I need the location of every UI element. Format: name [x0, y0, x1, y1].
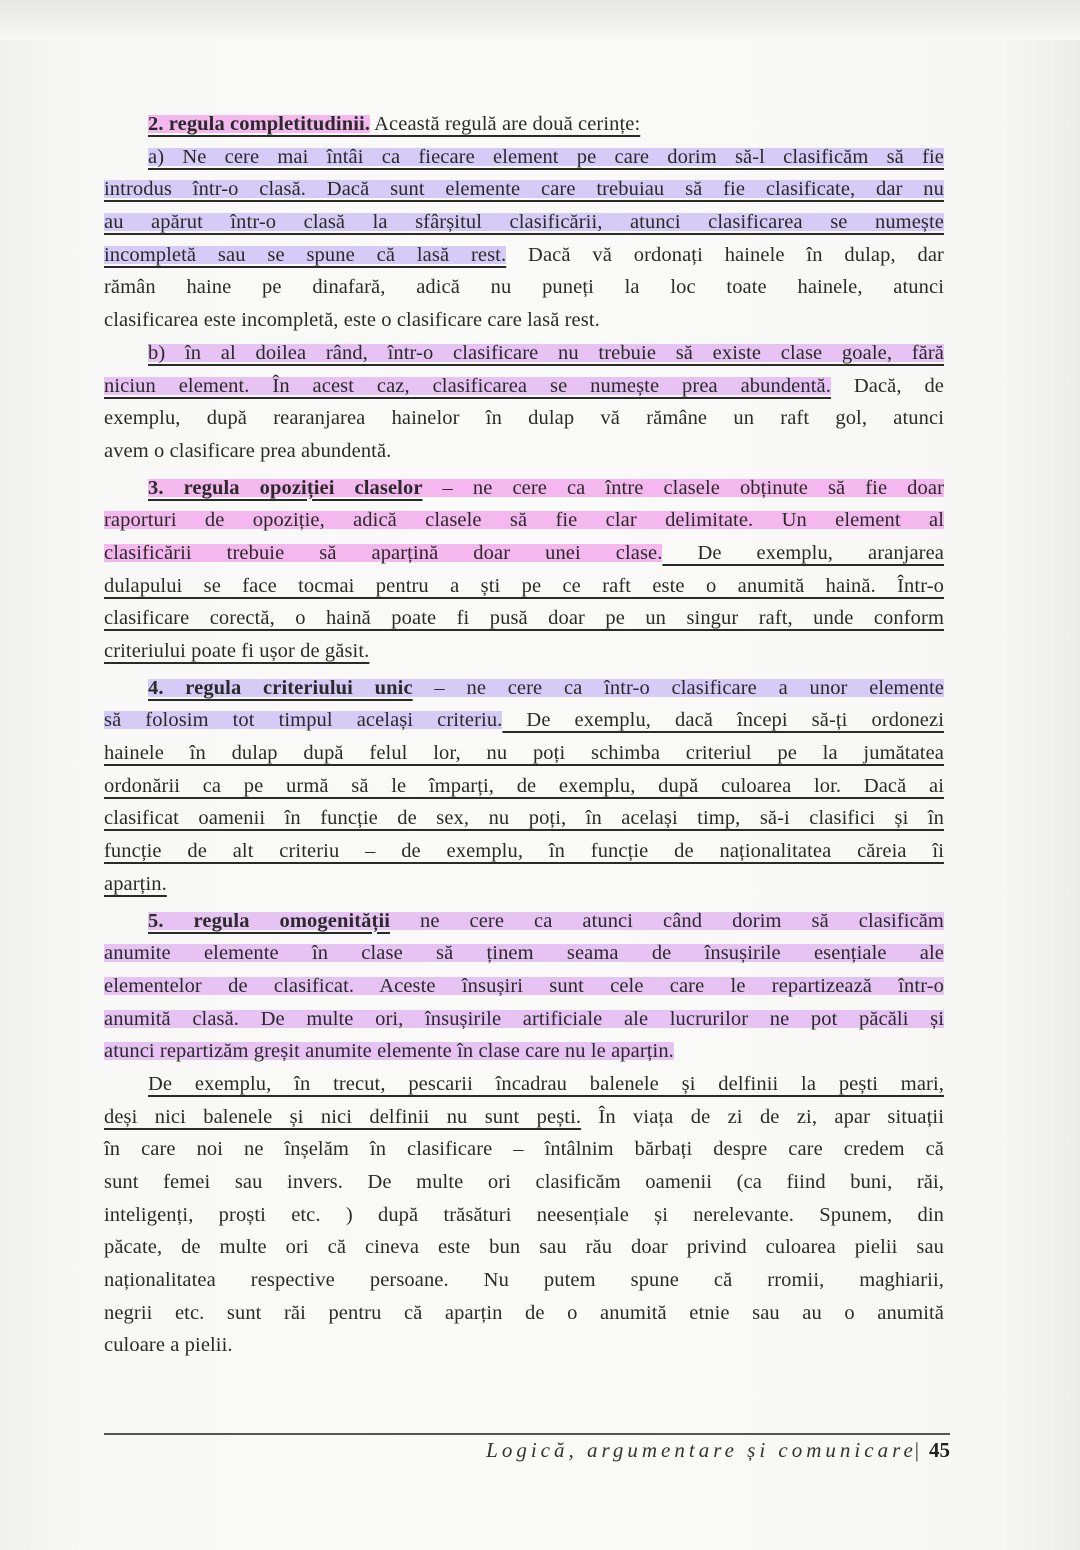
text-line: introdus într-o clasă. Dacă sunt element… — [104, 173, 944, 206]
text-line: atunci repartizăm greșit anumite element… — [104, 1035, 944, 1068]
text-line: ordonării ca pe urmă să le împarți, de e… — [104, 770, 944, 803]
text-line: clasificat oamenii în funcție de sex, nu… — [104, 802, 944, 835]
rule2-heading-line: 2. regula completitudinii. Această regul… — [104, 108, 944, 141]
text-line: în care noi ne înșelăm în clasificare – … — [104, 1133, 944, 1166]
text-line: clasificării trebuie să aparțină doar un… — [104, 537, 944, 570]
text-line: incompletă sau se spune că lasă rest. Da… — [104, 239, 944, 272]
text-line: deși nici balenele și nici delfinii nu s… — [104, 1101, 944, 1134]
text-line: hainele în dulap după felul lor, nu poți… — [104, 737, 944, 770]
text-line: aparțin. — [104, 868, 944, 901]
text-line: sunt femei sau invers. De multe ori clas… — [104, 1166, 944, 1199]
page-number: 45 — [929, 1438, 950, 1462]
text-line: naționalitatea respective persoane. Nu p… — [104, 1264, 944, 1297]
text-line: rămân haine pe dinafară, adică nu puneți… — [104, 271, 944, 304]
rule4-title: 4. regula criteriului unic — [148, 677, 413, 699]
rule2-title: 2. regula completitudinii. — [148, 113, 370, 135]
rule5-heading-line: 5. regula omogenității ne cere ca atunci… — [104, 905, 944, 938]
text-line: negrii etc. sunt răi pentru că aparțin d… — [104, 1297, 944, 1330]
text-line: elementelor de clasificat. Aceste însuși… — [104, 970, 944, 1003]
footer-divider — [104, 1433, 950, 1435]
footer-separator: | — [915, 1438, 919, 1462]
text-line: criteriului poate fi ușor de găsit. — [104, 635, 944, 668]
text-line: b) în al doilea rând, într-o clasificare… — [104, 337, 944, 370]
text-line: culoare a pielii. — [104, 1329, 944, 1362]
rule4-heading-line: 4. regula criteriului unic – ne cere ca … — [104, 672, 944, 705]
text-line: dulapului se face tocmai pentru a ști pe… — [104, 570, 944, 603]
text-line: raporturi de opoziție, adică clasele să … — [104, 504, 944, 537]
page-body: 2. regula completitudinii. Această regul… — [104, 108, 944, 1362]
text-line: anumită clasă. De multe ori, însușirile … — [104, 1003, 944, 1036]
rule2-intro: Această regulă are două cerințe: — [370, 113, 640, 135]
page-footer: Logică, argumentare și comunicare|45 — [486, 1438, 950, 1463]
book-title: Logică, argumentare și comunicare — [486, 1438, 917, 1462]
text-line: clasificarea este incompletă, este o cla… — [104, 304, 944, 337]
text-line: păcate, de multe ori că cineva este bun … — [104, 1231, 944, 1264]
page-shadow — [0, 0, 1080, 40]
text-line: avem o clasificare prea abundentă. — [104, 435, 944, 468]
text-line: funcție de alt criteriu – de exemplu, în… — [104, 835, 944, 868]
text-line: au apărut într-o clasă la sfârșitul clas… — [104, 206, 944, 239]
text-line: inteligenți, proști etc. ) după trăsătur… — [104, 1199, 944, 1232]
text-line: exemplu, după rearanjarea hainelor în du… — [104, 402, 944, 435]
text-line: niciun element. În acest caz, clasificar… — [104, 370, 944, 403]
rule3-title: 3. regula opoziției claselor — [148, 477, 423, 499]
text-line: De exemplu, în trecut, pescarii încadrau… — [104, 1068, 944, 1101]
text-line: să folosim tot timpul același criteriu. … — [104, 704, 944, 737]
rule3-heading-line: 3. regula opoziției claselor – ne cere c… — [104, 472, 944, 505]
rule5-title: 5. regula omogenității — [148, 910, 390, 932]
text-line: a) Ne cere mai întâi ca fiecare element … — [104, 141, 944, 174]
text-line: anumite elemente în clase să ținem seama… — [104, 937, 944, 970]
text-line: clasificare corectă, o haină poate fi pu… — [104, 602, 944, 635]
book-page: 2. regula completitudinii. Această regul… — [0, 0, 1080, 1550]
